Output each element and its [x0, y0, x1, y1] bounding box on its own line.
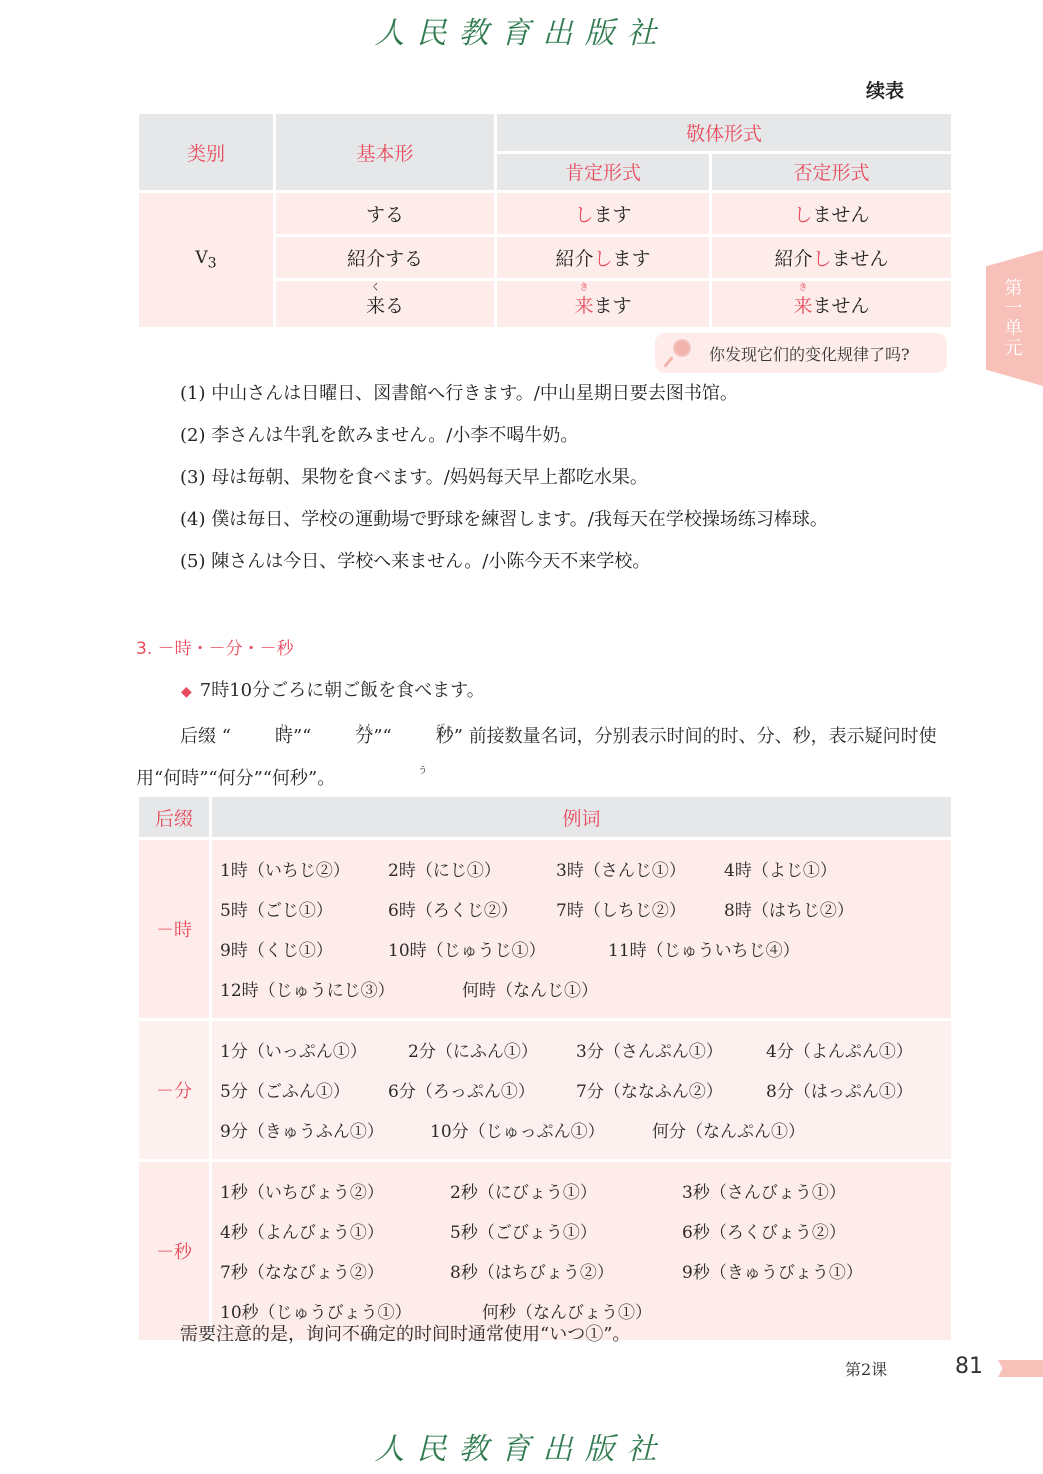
ruby-kanji: く来: [366, 291, 385, 318]
furigana: びょう: [392, 708, 454, 792]
word: 2時（にじ①）: [388, 856, 556, 881]
word: 6時（ろくじ②）: [388, 896, 556, 921]
furigana: き: [793, 280, 812, 293]
example-sentence: (5) 陳さんは今日、学校へ来ません。/小陈今天不来学校。: [180, 548, 828, 590]
word: 12時（じゅうにじ③）: [220, 976, 462, 1001]
word-list: 1分（いっぷん①）2分（にふん①）3分（さんぷん①）4分（よんぷん①） 5分（ご…: [212, 1021, 951, 1159]
example-sentences: (1) 中山さんは日曜日、図書館へ行きます。/中山星期日要去图书馆。 (2) 李…: [180, 380, 828, 590]
table-row: －秒 1秒（いちびょう②）2秒（にびょう①）3秒（さんびょう①） 4秒（よんびょ…: [139, 1162, 951, 1340]
diamond-bullet-icon: ◆: [181, 684, 192, 700]
highlight-text: し: [812, 248, 831, 270]
highlight-text: し: [574, 204, 593, 226]
header-category: 类别: [139, 114, 273, 190]
suffix-label: －秒: [139, 1162, 209, 1340]
furigana: き: [574, 280, 593, 293]
word: 3分（さんぷん①）: [576, 1037, 766, 1062]
ruby-kanji: ふん分: [311, 716, 373, 758]
aff-cell: き来ます: [497, 281, 709, 327]
word: 何秒（なんびょう①）: [482, 1298, 652, 1323]
publisher-logo-bottom: 人民教育出版社: [0, 1424, 1043, 1468]
ruby-kanji: き来: [793, 291, 812, 318]
aff-cell: します: [497, 193, 709, 234]
text: ません: [813, 295, 870, 317]
word: 8秒（はちびょう②）: [450, 1258, 682, 1283]
base-cell: 紹介する: [276, 237, 494, 278]
table-row: －分 1分（いっぷん①）2分（にふん①）3分（さんぷん①）4分（よんぷん①） 5…: [139, 1021, 951, 1159]
word: 9時（くじ①）: [220, 936, 388, 961]
note-text: 需要注意的是，询问不确定的时间时通常使用“いつ①”。: [180, 1320, 630, 1346]
neg-cell: 紹介しません: [712, 237, 951, 278]
suffix-label: －時: [139, 840, 209, 1018]
header-suffix: 后缀: [139, 797, 209, 837]
word: 9秒（きゅうびょう①）: [682, 1258, 863, 1283]
table-row: －時 1時（いちじ②）2時（にじ①）3時（さんじ①）4時（よじ①） 5時（ごじ①…: [139, 840, 951, 1018]
neg-cell: き来ません: [712, 281, 951, 327]
header-negative: 否定形式: [712, 154, 951, 191]
base-cell: く来る: [276, 281, 494, 327]
word: 6分（ろっぷん①）: [388, 1077, 576, 1102]
word: 10時（じゅうじ①）: [388, 936, 608, 961]
word: 9分（きゅうふん①）: [220, 1117, 430, 1142]
example-sentence: (4) 僕は毎日、学校の運動場で野球を練習します。/我每天在学校操场练习棒球。: [180, 506, 828, 548]
furigana: く: [366, 280, 385, 293]
text: ません: [813, 204, 870, 226]
word: 8時（はちじ②）: [724, 896, 854, 921]
bullet-example: ◆7時10分ごろに朝ご飯を食べます。: [181, 676, 485, 702]
tip-bubble: 你发现它们的变化规律了吗?: [655, 333, 947, 373]
word: 10秒（じゅうびょう①）: [220, 1298, 482, 1323]
category-subscript: 3: [208, 256, 217, 272]
text: ます: [613, 248, 651, 270]
text: 紹介: [347, 248, 385, 270]
word: 1分（いっぷん①）: [220, 1037, 408, 1062]
text: する: [366, 204, 404, 226]
verb-conjugation-table: 类别 基本形 敬体形式 肯定形式 否定形式 V3 する します しません 紹介す…: [136, 111, 954, 330]
suffix-label: －分: [139, 1021, 209, 1159]
text: 紹介: [555, 248, 593, 270]
text: る: [385, 295, 404, 317]
text: 来: [793, 295, 812, 317]
unit-side-tab: 第一单元: [986, 250, 1043, 386]
suffix-table: 后缀 例词 －時 1時（いちじ②）2時（にじ①）3時（さんじ①）4時（よじ①） …: [136, 794, 954, 1343]
category-label: V: [195, 248, 207, 268]
word: 何時（なんじ①）: [462, 976, 598, 1001]
word: 3時（さんじ①）: [556, 856, 724, 881]
continued-label: 续表: [866, 76, 904, 103]
aff-cell: 紹介します: [497, 237, 709, 278]
example-sentence: (3) 母は毎朝、果物を食べます。/妈妈每天早上都吃水果。: [180, 464, 828, 506]
neg-cell: しません: [712, 193, 951, 234]
word: 8分（はっぷん①）: [766, 1077, 913, 1102]
word: 4分（よんぷん①）: [766, 1037, 913, 1062]
header-examples: 例词: [212, 797, 951, 837]
text: 来: [366, 295, 385, 317]
magnifier-icon: [665, 338, 695, 368]
word: 4秒（よんびょう①）: [220, 1218, 450, 1243]
tip-text: 你发现它们的变化规律了吗?: [709, 342, 910, 365]
word: 7分（ななふん②）: [576, 1077, 766, 1102]
footer-lesson: 第2课: [845, 1357, 887, 1380]
example-sentence: (2) 李さんは牛乳を飲みません。/小李不喝牛奶。: [180, 422, 828, 464]
word: 4時（よじ①）: [724, 856, 837, 881]
word: 10分（じゅっぷん①）: [430, 1117, 652, 1142]
furigana: じ: [231, 708, 293, 750]
page-number: 81: [955, 1354, 983, 1379]
furigana: ふん: [311, 708, 373, 750]
word: 7時（しちじ②）: [556, 896, 724, 921]
explanation-paragraph: 后缀 “じ時”“ふん分”“びょう秒” 前接数量名词，分别表示时间的时、分、秒，表…: [136, 716, 954, 800]
section-title: 3. －時・－分・－秒: [136, 634, 294, 659]
text: 紹介: [774, 248, 812, 270]
word: 1時（いちじ②）: [220, 856, 388, 881]
word: 3秒（さんびょう①）: [682, 1178, 846, 1203]
word: 11時（じゅういちじ④）: [608, 936, 800, 961]
text: ます: [594, 295, 632, 317]
word: 5分（ごふん①）: [220, 1077, 388, 1102]
ruby-kanji: びょう秒: [392, 716, 454, 758]
bullet-text: 7時10分ごろに朝ご飯を食べます。: [200, 680, 485, 701]
category-cell: V3: [139, 193, 273, 327]
word: 2秒（にびょう①）: [450, 1178, 682, 1203]
publisher-logo-top: 人民教育出版社: [0, 8, 1043, 52]
header-affirmative: 肯定形式: [497, 154, 709, 191]
word: 1秒（いちびょう②）: [220, 1178, 450, 1203]
example-sentence: (1) 中山さんは日曜日、図書館へ行きます。/中山星期日要去图书馆。: [180, 380, 828, 422]
page-tab-bar: [998, 1360, 1043, 1377]
ruby-kanji: じ時: [231, 716, 293, 758]
word: 6秒（ろくびょう②）: [682, 1218, 846, 1243]
word: 5秒（ごびょう①）: [450, 1218, 682, 1243]
header-polite-form: 敬体形式: [497, 114, 951, 151]
text: 后缀: [180, 726, 216, 747]
text: する: [385, 248, 423, 270]
highlight-text: し: [593, 248, 612, 270]
highlight-text: し: [793, 204, 812, 226]
table-row: V3 する します しません: [139, 193, 951, 234]
word: 5時（ごじ①）: [220, 896, 388, 921]
word: 何分（なんぷん①）: [652, 1117, 805, 1142]
word-list: 1時（いちじ②）2時（にじ①）3時（さんじ①）4時（よじ①） 5時（ごじ①）6時…: [212, 840, 951, 1018]
header-base-form: 基本形: [276, 114, 494, 190]
text: ます: [594, 204, 632, 226]
word: 2分（にふん①）: [408, 1037, 576, 1062]
ruby-kanji: き来: [574, 291, 593, 318]
text: ません: [832, 248, 889, 270]
text: 来: [574, 295, 593, 317]
base-cell: する: [276, 193, 494, 234]
word-list: 1秒（いちびょう②）2秒（にびょう①）3秒（さんびょう①） 4秒（よんびょう①）…: [212, 1162, 951, 1340]
word: 7秒（ななびょう②）: [220, 1258, 450, 1283]
